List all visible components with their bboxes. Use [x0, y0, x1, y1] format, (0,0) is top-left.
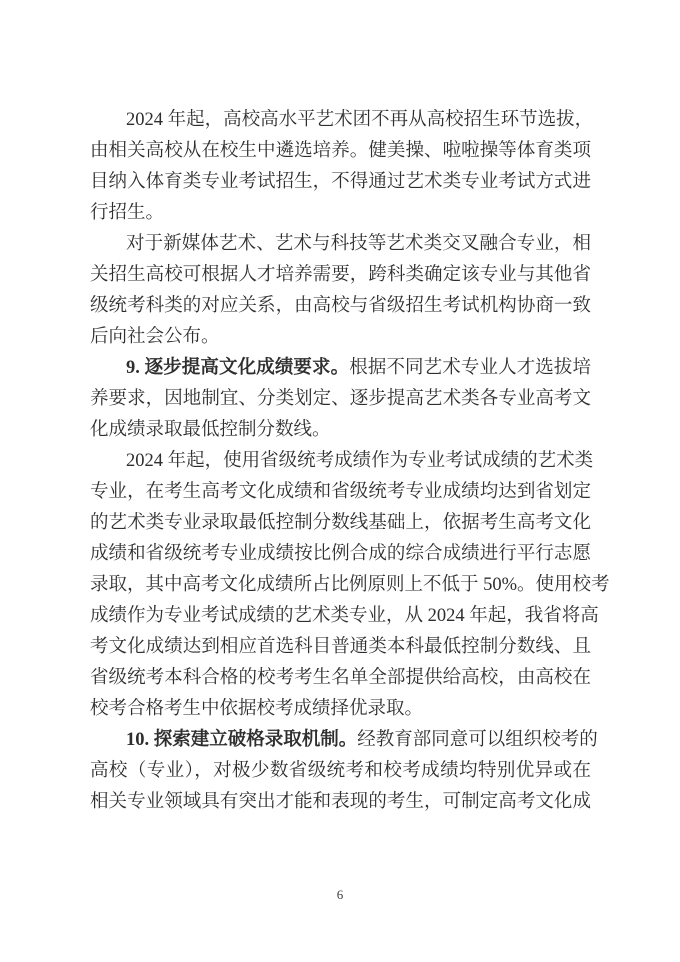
body-text: 的艺术类专业录取最低控制分数线基础上，依据考生高考文化: [90, 513, 591, 533]
section-heading: 9. 逐步提高文化成绩要求。: [126, 358, 349, 378]
document-page: 2024 年起，高校高水平艺术团不再从高校招生环节选拔，由相关高校从在校生中遴选…: [0, 0, 680, 962]
text-line: 考文化成绩达到相应首选科目普通类本科最低控制分数线、且: [90, 632, 591, 663]
body-text: 对于新媒体艺术、艺术与科技等艺术类交叉融合专业，相: [126, 234, 591, 254]
body-text: 行招生。: [90, 203, 164, 223]
text-line: 成绩和省级统考专业成绩按比例合成的综合成绩进行平行志愿: [90, 539, 591, 570]
text-line: 2024 年起，使用省级统考成绩作为专业考试成绩的艺术类: [90, 446, 591, 477]
body-text: 考文化成绩达到相应首选科目普通类本科最低控制分数线、且: [90, 637, 591, 657]
body-text: 专业，在考生高考文化成绩和省级统考专业成绩均达到省划定: [90, 482, 591, 502]
text-line: 高校（专业），对极少数省级统考和校考成绩均特别优异或在: [90, 756, 591, 787]
text-line: 相关专业领域具有突出才能和表现的考生，可制定高考文化成: [90, 787, 591, 818]
text-line: 省级统考本科合格的校考考生名单全部提供给高校，由高校在: [90, 663, 591, 694]
text-line: 对于新媒体艺术、艺术与科技等艺术类交叉融合专业，相: [90, 229, 591, 260]
body-text: 由相关高校从在校生中遴选培养。健美操、啦啦操等体育类项: [90, 141, 591, 161]
section-heading: 10. 探索建立破格录取机制。: [126, 730, 357, 750]
text-line: 后向社会公布。: [90, 322, 591, 353]
text-line: 化成绩录取最低控制分数线。: [90, 415, 591, 446]
body-text: 级统考科类的对应关系，由高校与省级招生考试机构协商一致: [90, 296, 591, 316]
body-text: 校考合格考生中依据校考成绩择优录取。: [90, 699, 423, 719]
text-line: 养要求，因地制宜、分类划定、逐步提高艺术类各专业高考文: [90, 384, 591, 415]
body-text: 养要求，因地制宜、分类划定、逐步提高艺术类各专业高考文: [90, 389, 591, 409]
text-line: 成绩作为专业考试成绩的艺术类专业，从 2024 年起，我省将高: [90, 601, 591, 632]
body-text: 目纳入体育类专业考试招生，不得通过艺术类专业考试方式进: [90, 172, 591, 192]
text-line: 专业，在考生高考文化成绩和省级统考专业成绩均达到省划定: [90, 477, 591, 508]
page-number: 6: [0, 887, 680, 903]
body-text: 成绩和省级统考专业成绩按比例合成的综合成绩进行平行志愿: [90, 544, 591, 564]
text-block: 2024 年起，高校高水平艺术团不再从高校招生环节选拔，由相关高校从在校生中遴选…: [90, 105, 591, 818]
body-text: 成绩作为专业考试成绩的艺术类专业，从 2024 年起，我省将高: [90, 606, 599, 626]
body-text: 化成绩录取最低控制分数线。: [90, 420, 331, 440]
text-line: 校考合格考生中依据校考成绩择优录取。: [90, 694, 591, 725]
body-text: 省级统考本科合格的校考考生名单全部提供给高校，由高校在: [90, 668, 591, 688]
body-text: 根据不同艺术专业人才选拔培: [349, 358, 591, 378]
text-line: 10. 探索建立破格录取机制。经教育部同意可以组织校考的: [90, 725, 591, 756]
text-line: 关招生高校可根据人才培养需要，跨科类确定该专业与其他省: [90, 260, 591, 291]
body-text: 经教育部同意可以组织校考的: [357, 730, 598, 750]
body-text: 录取，其中高考文化成绩所占比例原则上不低于 50%。使用校考: [90, 575, 610, 595]
text-line: 目纳入体育类专业考试招生，不得通过艺术类专业考试方式进: [90, 167, 591, 198]
text-line: 2024 年起，高校高水平艺术团不再从高校招生环节选拔，: [90, 105, 591, 136]
body-text: 关招生高校可根据人才培养需要，跨科类确定该专业与其他省: [90, 265, 591, 285]
text-line: 行招生。: [90, 198, 591, 229]
body-text: 高校（专业），对极少数省级统考和校考成绩均特别优异或在: [90, 761, 591, 781]
text-line: 级统考科类的对应关系，由高校与省级招生考试机构协商一致: [90, 291, 591, 322]
text-line: 录取，其中高考文化成绩所占比例原则上不低于 50%。使用校考: [90, 570, 591, 601]
text-line: 由相关高校从在校生中遴选培养。健美操、啦啦操等体育类项: [90, 136, 591, 167]
body-text: 相关专业领域具有突出才能和表现的考生，可制定高考文化成: [90, 792, 591, 812]
text-line: 9. 逐步提高文化成绩要求。根据不同艺术专业人才选拔培: [90, 353, 591, 384]
text-line: 的艺术类专业录取最低控制分数线基础上，依据考生高考文化: [90, 508, 591, 539]
body-text: 后向社会公布。: [90, 327, 220, 347]
body-text: 2024 年起，使用省级统考成绩作为专业考试成绩的艺术类: [126, 451, 593, 471]
body-text: 2024 年起，高校高水平艺术团不再从高校招生环节选拔，: [126, 110, 593, 130]
